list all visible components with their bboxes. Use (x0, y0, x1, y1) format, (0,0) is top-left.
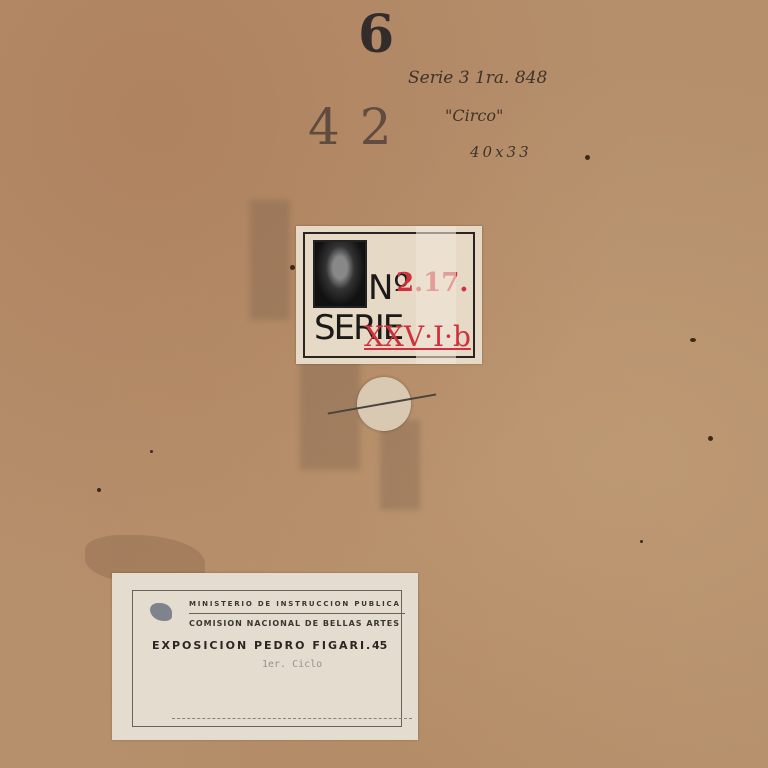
handwritten-serie: Serie 3 1ra. 848 (408, 68, 547, 88)
speck (690, 338, 696, 342)
stain (380, 420, 420, 510)
cycle-line: 1er. Ciclo (262, 659, 322, 670)
speck (150, 450, 153, 453)
ministry-line: MINISTERIO DE INSTRUCCION PUBLICA (189, 600, 401, 608)
commission-line: COMISION NACIONAL DE BELLAS ARTES (189, 619, 400, 628)
speck (640, 540, 643, 543)
stain (250, 200, 290, 320)
speck (97, 488, 101, 492)
dotted-rule (172, 718, 412, 719)
speck (290, 265, 295, 270)
stain (300, 360, 360, 470)
marking-six: 6 (358, 4, 394, 65)
handwritten-title: "Circo" (445, 106, 503, 125)
ministry-label: MINISTERIO DE INSTRUCCION PUBLICA COMISI… (112, 573, 418, 740)
handwritten-dimensions: 40x33 (470, 143, 532, 161)
portrait-image (313, 240, 367, 308)
paper-disc-with-wire (357, 377, 411, 431)
speck (585, 155, 590, 160)
series-value: XXV·I·b (364, 320, 471, 353)
series-label: Nº 2.17. SERIE XXV·I·b (296, 226, 482, 364)
speck (708, 436, 713, 441)
exhibition-number: 45 (372, 639, 387, 652)
exhibition-line: EXPOSICION PEDRO FIGARI. (152, 639, 372, 652)
divider (189, 613, 405, 614)
marking-42: 42 (308, 98, 412, 156)
